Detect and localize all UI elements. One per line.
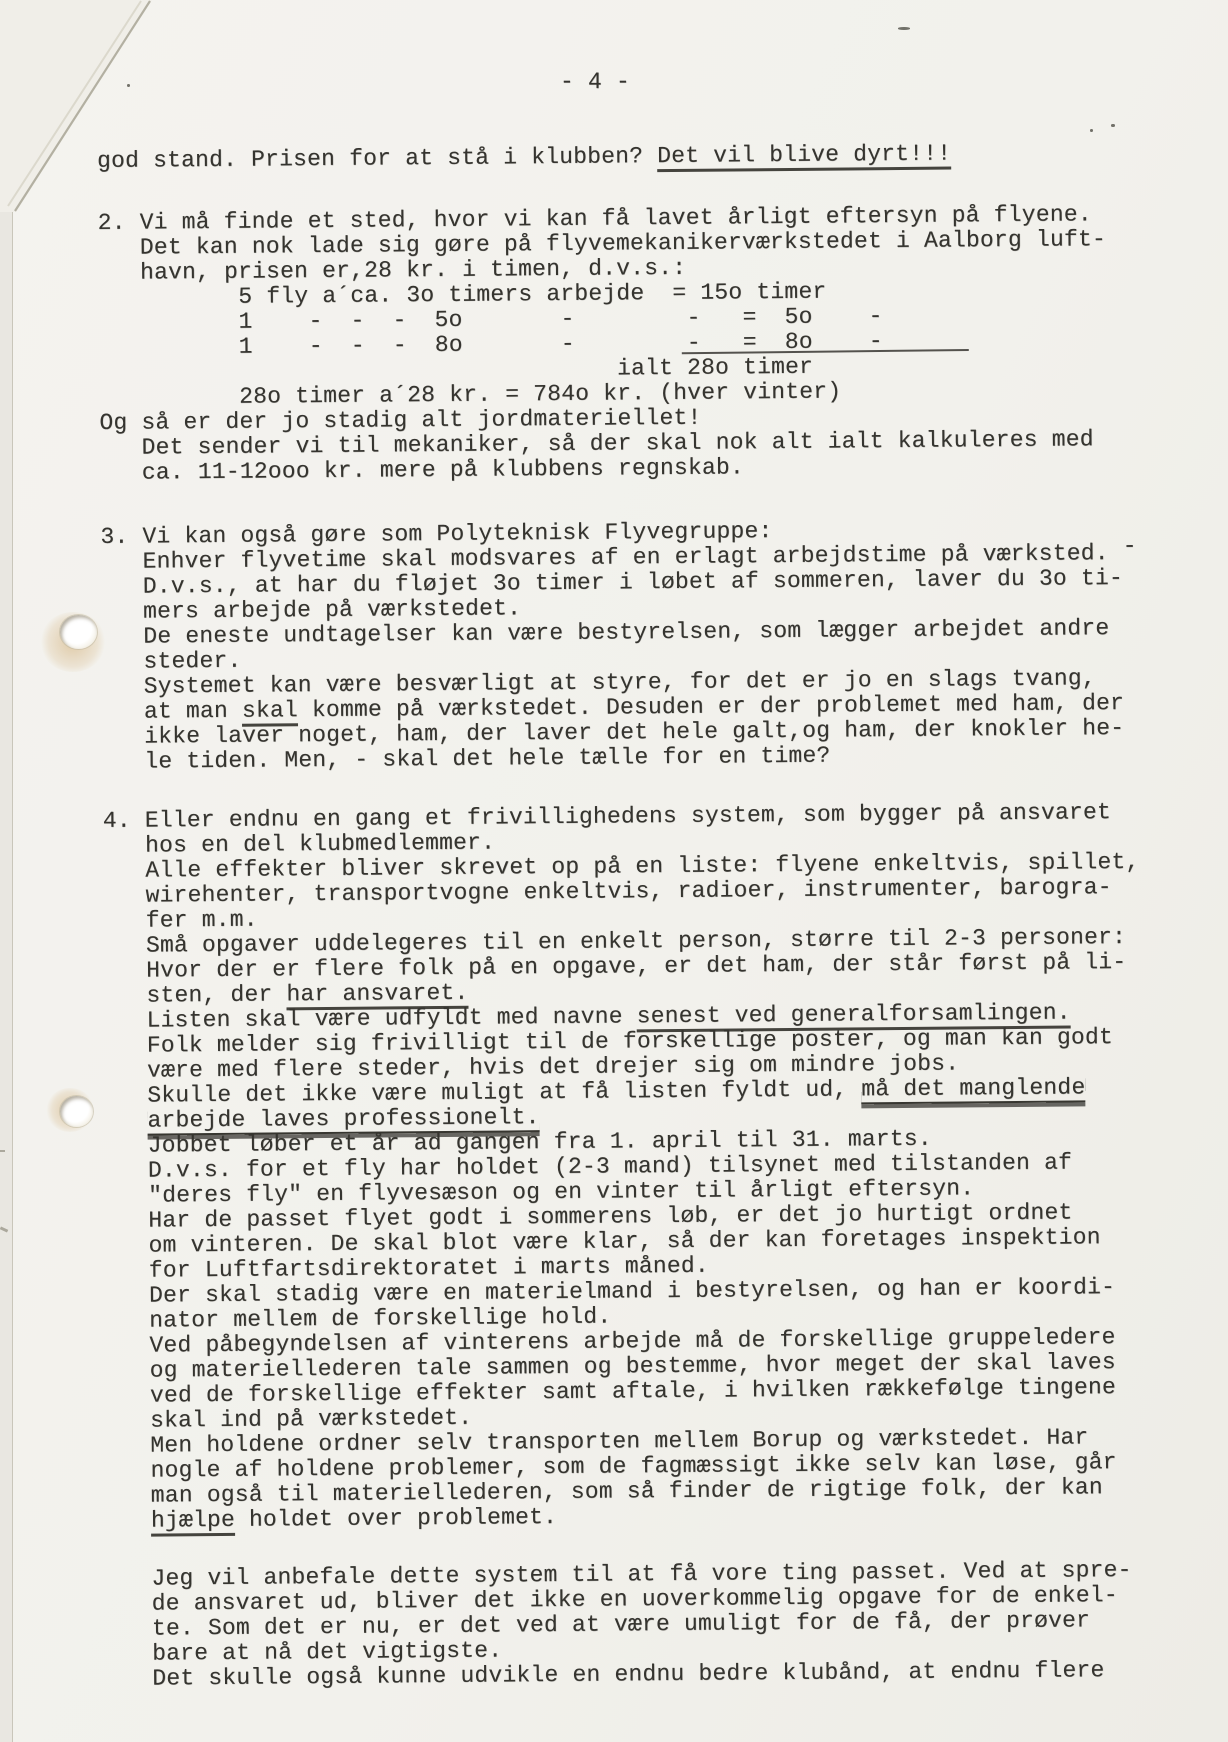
text-segment: at man	[102, 698, 242, 725]
text-segment: fer m.m.	[104, 907, 258, 934]
text-segment: le tiden. Men, - skal det hele tælle for…	[102, 743, 830, 775]
ink-speck	[1111, 124, 1115, 127]
ink-speck	[1090, 129, 1093, 132]
text-segment: god stand. Prisen for at stå i klubben?	[97, 143, 657, 174]
punch-hole-bottom	[60, 1096, 93, 1127]
underlined-text: 28o timer	[687, 352, 967, 380]
text-segment	[109, 1508, 151, 1534]
scanned-document: { "document": { "page_number": "- 4 -", …	[0, 0, 1228, 1742]
edge-crease-mark	[0, 1226, 8, 1232]
underlined-text: Det vil blive dyrt!!!	[657, 141, 951, 173]
paragraph-closing: Jeg vil anbefale dette system til at få …	[109, 1558, 1146, 1692]
underlined-text: hjælpe	[151, 1507, 235, 1537]
text-segment: sten, der	[104, 981, 286, 1009]
text-segment: holdet over problemet.	[235, 1504, 557, 1533]
page-number: - 4 -	[560, 70, 630, 95]
text-segment: steder.	[101, 648, 241, 675]
ink-speck	[898, 27, 910, 30]
paragraph-point-2: 2. Vi må finde et sted, hvor vi kan få l…	[98, 202, 1137, 486]
typewritten-text: god stand. Prisen for at stå i klubben? …	[97, 140, 1147, 1692]
underlined-text: må det manglende	[861, 1074, 1085, 1104]
text-segment: ca. 11-12ooo kr. mere på klubbens regnsk…	[100, 454, 744, 486]
paragraph-point-3: 3. Vi kan også gøre som Polyteknisk Flyv…	[100, 516, 1138, 775]
text-segment: -	[1109, 533, 1137, 559]
paragraph-point-4: 4. Eller endnu en gang et frivilligheden…	[103, 800, 1145, 1534]
text-segment	[105, 1108, 147, 1134]
punch-hole-top	[60, 615, 97, 649]
ink-speck	[127, 84, 130, 87]
edge-crease-mark	[0, 1150, 5, 1152]
